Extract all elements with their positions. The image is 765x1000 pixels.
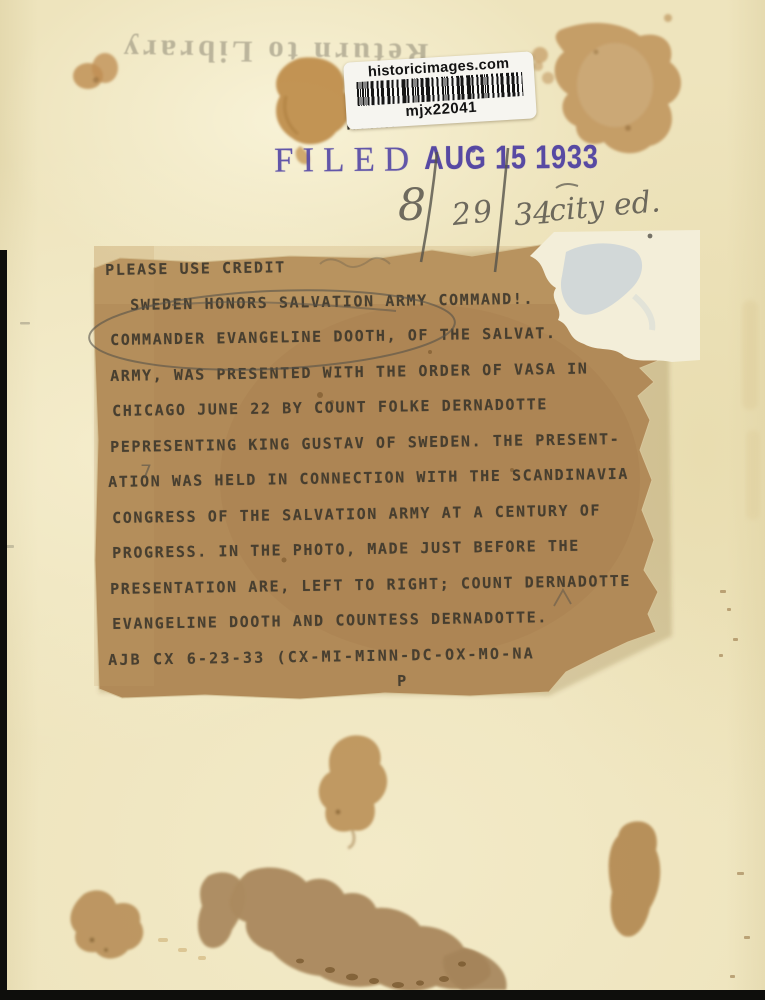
handwriting-slash-2 (495, 148, 508, 272)
handwriting-breve (556, 184, 578, 188)
handwriting-slash-1 (421, 152, 437, 262)
stamp-stray-dot (470, 147, 475, 152)
pencil-caret (554, 590, 571, 606)
pencil-figure: 7 (140, 461, 152, 483)
pencil-circle (87, 283, 456, 377)
pencil-strike-line (172, 302, 396, 311)
pencil-scribble (320, 258, 390, 267)
photo-verso-scan: Return to Library histori FILED AUG 15 1… (0, 0, 765, 1000)
scan-edge-left (0, 250, 7, 1000)
pencil-marks (87, 148, 578, 606)
inventory-sticker: historicimages.com mjx22041 (343, 51, 537, 129)
handwriting-period (648, 234, 653, 239)
tears-and-pencil-art: 7 (0, 0, 765, 1000)
scan-edge-bottom (0, 990, 765, 1000)
